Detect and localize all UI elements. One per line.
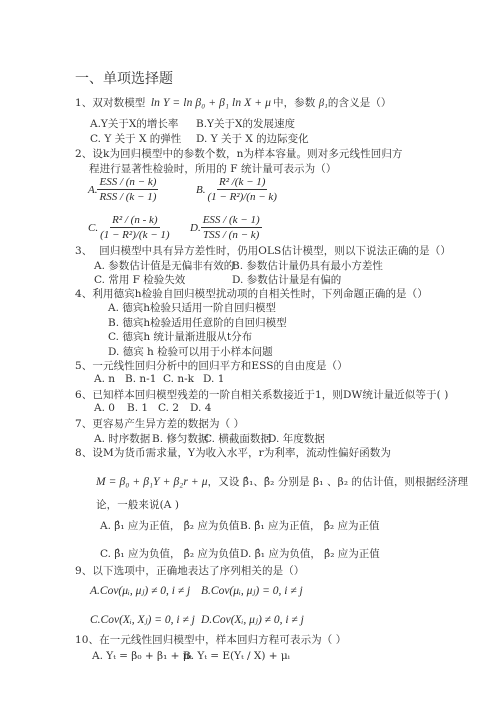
question-8-formula-line: M = β₀ + β₁Y + β₂r + μ，又设 β̂₁、β̂₂ 分别是 β₁… xyxy=(96,474,468,489)
param: β₁ xyxy=(319,98,328,109)
option-b[interactable]: B. 参数估计量仍具有最小方差性 xyxy=(232,258,383,273)
question-8-stem-cont: 论，一般来说(A ) xyxy=(96,497,179,512)
question-text: 双对数模型 xyxy=(92,97,145,109)
option-c[interactable]: C. 横截面数据 xyxy=(204,431,271,446)
option-c[interactable]: C. 常用 F 检验失效 xyxy=(94,272,185,287)
question-4-stem: 4、利用德宾h检验自回归模型扰动项的自相关性时，下列命题正确的是（） xyxy=(75,286,428,301)
question-number: 4、 xyxy=(75,288,92,300)
question-6-stem: 6、已知样本回归模型残差的一阶自相关系数接近于1，则DW统计量近似等于( ) xyxy=(75,387,448,402)
option-label: B. xyxy=(196,184,205,196)
option-b[interactable]: B. β̂₁ 应为正值， β̂₂ 应为正值 xyxy=(240,518,379,533)
question-text: 设M为货币需求量，Y为收入水平，r为利率，流动性偏好函数为 xyxy=(92,447,391,459)
option-b[interactable]: B. 德宾h检验适用任意阶的自回归模型 xyxy=(108,315,287,330)
option-d[interactable]: D.Cov(Xᵢ, μⱼ) ≠ 0, i ≠ j xyxy=(201,612,304,626)
option-a[interactable]: A. n xyxy=(94,373,115,385)
question-3-stem: 3、 回归模型中具有异方差性时，仍用OLS估计模型，则以下说法正确的是（） xyxy=(75,243,451,258)
question-9-stem: 9、以下选项中，正确地表达了序列相关的是（） xyxy=(75,563,304,578)
numerator: R² /(k − 1) xyxy=(217,176,267,190)
question-text: 更容易产生异方差的数据为（ ） xyxy=(92,418,244,430)
option-a[interactable]: A. 0 xyxy=(94,402,115,414)
question-2-stem: 2、设k为回归模型中的参数个数，n为样本容量。则对多元线性回归方 xyxy=(75,146,403,161)
option-a[interactable]: A. β̂₁ 应为正值， β̂₂ 应为负值 xyxy=(100,518,239,533)
denominator: TSS / (n − k) xyxy=(201,228,261,241)
question-7-stem: 7、更容易产生异方差的数据为（ ） xyxy=(75,416,244,431)
option-c[interactable]: C. 2 xyxy=(158,402,179,414)
fraction: R² / (n - k) (1 − R²)/(k − 1) xyxy=(98,214,171,241)
option-a[interactable]: A. 参数估计值是无偏非有效的 xyxy=(94,258,234,273)
question-number: 5、 xyxy=(75,360,92,372)
option-a[interactable]: A.Cov(μᵢ, μⱼ) ≠ 0, i ≠ j xyxy=(90,583,190,597)
question-1-stem: 1、双对数模型 ln Y = ln β₀ + β₁ ln X + μ中，参数 β… xyxy=(75,95,392,110)
question-number: 6、 xyxy=(75,389,92,401)
option-d[interactable]: D. 德宾 h 检验可以用于小样本问题 xyxy=(108,344,273,359)
formula: ln Y = ln β₀ + β₁ ln X + μ xyxy=(151,97,271,109)
question-8-stem: 8、设M为货币需求量，Y为收入水平，r为利率，流动性偏好函数为 xyxy=(75,445,391,460)
question-10-stem: 10、在一元线性回归模型中，样本回归方程可表示为（ ） xyxy=(75,632,346,647)
formula: M = β₀ + β₁Y + β₂r + μ xyxy=(96,476,208,488)
question-text: 中，参数 xyxy=(273,97,315,109)
option-d[interactable]: D. 参数估计量是有偏的 xyxy=(232,272,341,287)
option-label: D. xyxy=(190,222,201,234)
option-a[interactable]: A. 德宾h检验只适用一阶自回归模型 xyxy=(108,300,276,315)
option-a[interactable]: A. ESS / (n − k) RSS / (k − 1) xyxy=(88,176,158,203)
question-number: 10、 xyxy=(75,634,99,646)
option-label: A. xyxy=(88,184,97,196)
option-b[interactable]: B.Y关于X的发展速度 xyxy=(196,116,295,131)
option-d[interactable]: D. Y 关于 X 的边际变化 xyxy=(196,131,309,146)
option-b[interactable]: B. n-1 xyxy=(125,373,156,385)
option-a[interactable]: A. 时序数据 xyxy=(94,431,150,446)
question-number: 2、 xyxy=(75,148,92,160)
option-d[interactable]: D. β̂₁ 应为负值， β̂₂ 应为正值 xyxy=(240,546,380,561)
fraction: R² /(k − 1) (1 − R²)/(n − k) xyxy=(205,176,278,203)
fraction: ESS / (n − k) RSS / (k − 1) xyxy=(97,176,158,203)
numerator: R² / (n - k) xyxy=(110,214,159,228)
question-5-stem: 5、一元线性回归分析中的回归平方和ESS的自由度是（） xyxy=(75,358,348,373)
option-c[interactable]: C. R² / (n - k) (1 − R²)/(k − 1) xyxy=(88,214,172,241)
option-b[interactable]: B.Cov(μᵢ, μⱼ) = 0, i ≠ j xyxy=(201,583,303,597)
option-d[interactable]: D. 1 xyxy=(203,373,224,385)
question-text: 回归模型中具有异方差性时，仍用OLS估计模型，则以下说法正确的是（） xyxy=(99,245,451,257)
question-number: 1、 xyxy=(75,97,92,109)
option-b[interactable]: B. R² /(k − 1) (1 − R²)/(n − k) xyxy=(196,176,279,203)
option-b[interactable]: B. Yₜ = E(Yₜ / X) + μᵢ xyxy=(183,650,290,662)
question-text: 的含义是（） xyxy=(328,97,392,109)
option-d[interactable]: D. 年度数据 xyxy=(268,431,325,446)
question-number: 3、 xyxy=(75,245,92,257)
numerator: ESS / (k − 1) xyxy=(201,214,262,228)
option-d[interactable]: D. ESS / (k − 1) TSS / (n − k) xyxy=(190,214,262,241)
option-c[interactable]: C. Y 关于 X 的弹性 xyxy=(90,131,181,146)
option-label: C. xyxy=(88,222,98,234)
question-number: 8、 xyxy=(75,447,92,459)
option-b[interactable]: B. 1 xyxy=(127,402,148,414)
question-text: 以下选项中，正确地表达了序列相关的是（） xyxy=(92,565,304,577)
question-2-stem-cont: 程进行显著性检验时，所用的 F 统计量可表示为（） xyxy=(89,161,336,176)
denominator: RSS / (k − 1) xyxy=(97,190,158,203)
numerator: ESS / (n − k) xyxy=(97,176,158,190)
question-text: ，又设 β̂₁、β̂₂ 分别是 β₁ 、β₂ 的估计值，则根据经济理 xyxy=(208,476,469,488)
fraction: ESS / (k − 1) TSS / (n − k) xyxy=(201,214,262,241)
option-d[interactable]: D. 4 xyxy=(190,402,211,414)
option-c[interactable]: C. n-k xyxy=(163,373,194,385)
question-text: 在一元线性回归模型中，样本回归方程可表示为（ ） xyxy=(99,634,346,646)
question-text: 一元线性回归分析中的回归平方和ESS的自由度是（） xyxy=(92,360,347,372)
section-title: 一、单项选择题 xyxy=(75,68,173,88)
question-number: 9、 xyxy=(75,565,92,577)
question-text: 设k为回归模型中的参数个数，n为样本容量。则对多元线性回归方 xyxy=(92,148,402,160)
option-a[interactable]: A.Y关于X的增长率 xyxy=(90,116,178,131)
denominator: (1 − R²)/(k − 1) xyxy=(98,228,171,241)
denominator: (1 − R²)/(n − k) xyxy=(205,190,278,203)
option-c[interactable]: C. 德宾h 统计量渐进服从t分布 xyxy=(108,329,252,344)
option-a[interactable]: A. Yₜ = β₀ + β₁ + μₜ xyxy=(92,650,192,662)
option-c[interactable]: C. β̂₁ 应为负值， β̂₂ 应为负值 xyxy=(100,546,239,561)
option-b[interactable]: B. 修匀数据 xyxy=(152,431,208,446)
question-number: 7、 xyxy=(75,418,92,430)
option-c[interactable]: C.Cov(Xᵢ, Xⱼ) = 0, i ≠ j xyxy=(90,612,195,626)
question-text: 利用德宾h检验自回归模型扰动项的自相关性时，下列命题正确的是（） xyxy=(92,288,427,300)
question-text: 已知样本回归模型残差的一阶自相关系数接近于1，则DW统计量近似等于( ) xyxy=(92,389,448,401)
